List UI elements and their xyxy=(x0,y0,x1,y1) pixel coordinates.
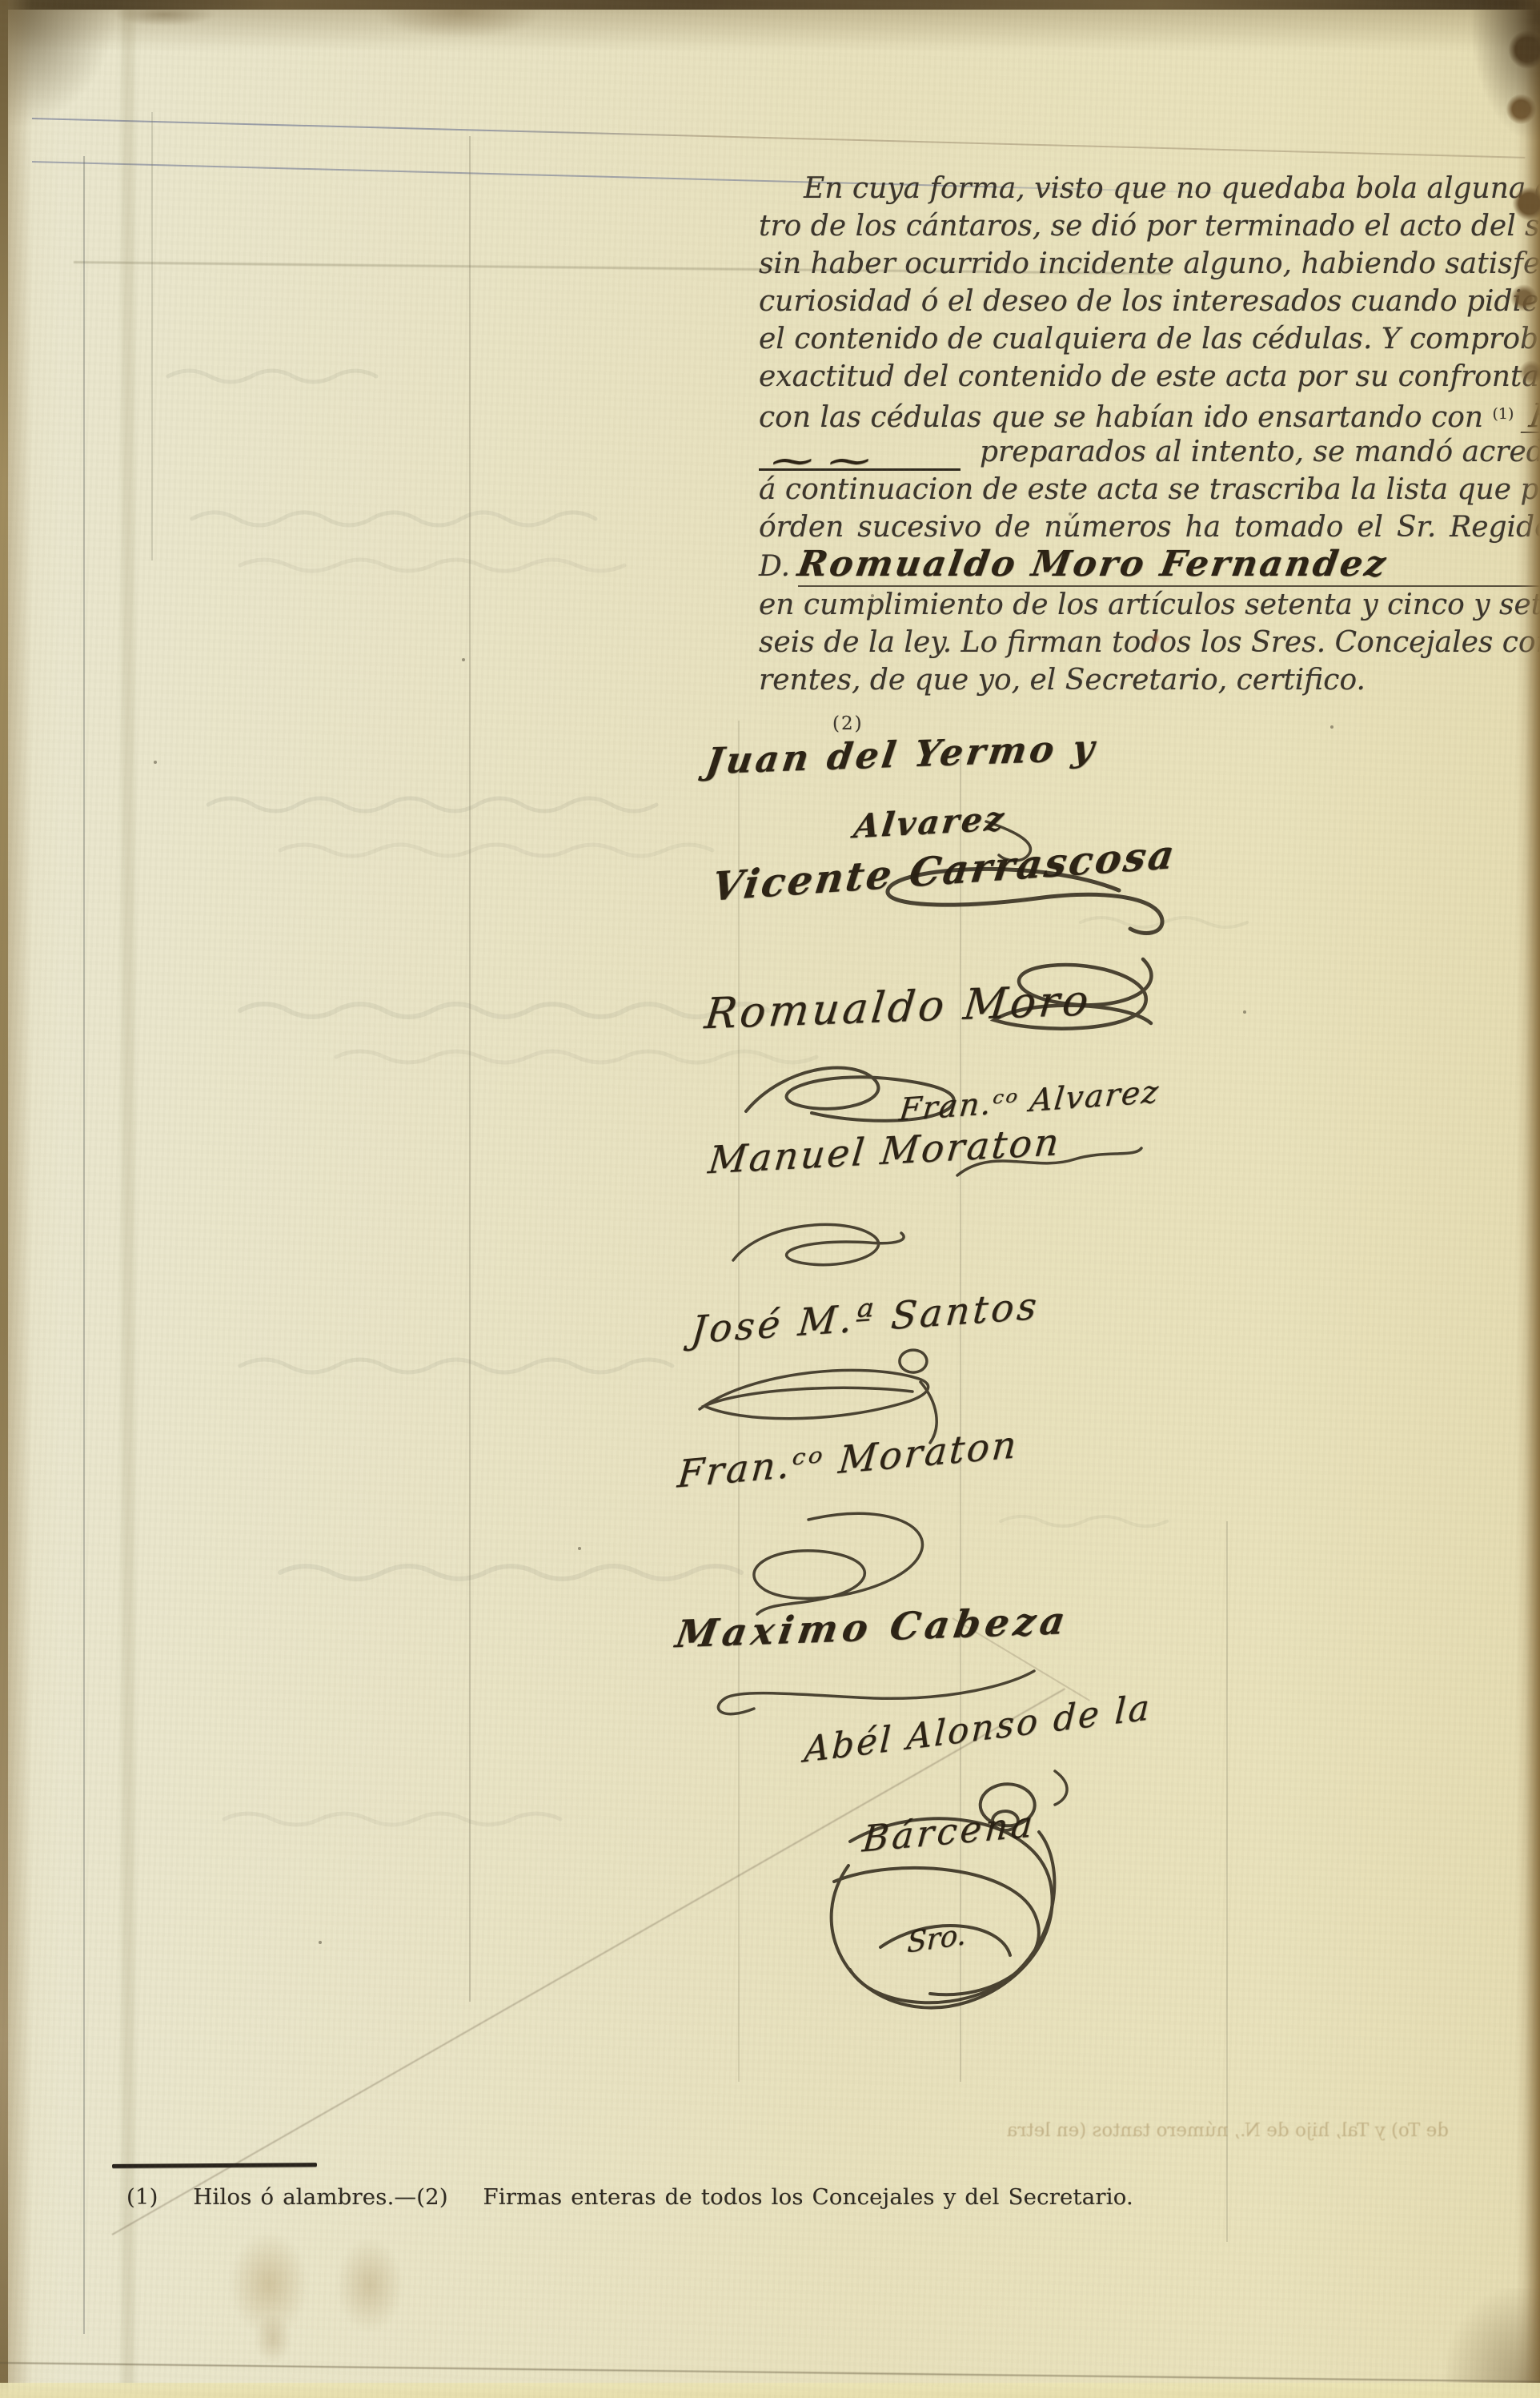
ruled-line-horizontal-1 xyxy=(32,118,1525,159)
paper-speck xyxy=(1069,512,1072,516)
page-bottom-crease xyxy=(0,2362,1540,2383)
acta-line-12: en cumplimiento de los artículos setenta… xyxy=(759,586,1540,624)
crease-vertical-1 xyxy=(469,136,471,2002)
acta-paragraph: En cuya forma, visto que no quedaba bola… xyxy=(759,170,1540,729)
scanned-ledger-page: En cuya forma, visto que no quedaba bola… xyxy=(0,0,1540,2398)
paper-speck xyxy=(319,1941,322,1944)
pencil-line-vertical xyxy=(151,112,153,560)
stain-bottom-left-3 xyxy=(255,2314,291,2364)
acta-line-13: seis de la ley. Lo firman todos los Sres… xyxy=(759,624,1540,661)
acta-line-4: curiosidad ó el deseo de los interesados… xyxy=(759,283,1540,320)
signature-manuel-moraton: Manuel Moraton xyxy=(706,1120,1063,1183)
acta-line-1: En cuya forma, visto que no quedaba bola… xyxy=(759,170,1540,207)
signature-juan-del-yermo-line2: Alvarez xyxy=(852,799,1008,846)
signature-francisco-moraton: Fran.ᶜᵒ Moraton xyxy=(676,1423,1021,1497)
acta-line-6: exactitud del contenido de este acta por… xyxy=(759,358,1540,396)
acta-line-2: tro de los cántaros, se dió por terminad… xyxy=(759,207,1540,245)
acta-line-14: rentes, de que yo, el Secretario, certif… xyxy=(759,661,1540,699)
page-bottom-edge xyxy=(0,2383,1540,2398)
page-corner-top-right xyxy=(1471,0,1540,140)
signature-vicente-carrascosa: Vicente Carrascosa xyxy=(709,830,1180,910)
paper-speck xyxy=(578,1547,581,1550)
crease-diagonal-1 xyxy=(112,1688,1066,2235)
paper-speck xyxy=(1243,1010,1246,1014)
signature-abel-alonso-line2: Bárcena xyxy=(860,1802,1037,1861)
handwritten-squiggle: ∼∼ xyxy=(764,442,886,480)
signature-abel-alonso-rubric-label: Sro. xyxy=(907,1918,967,1960)
mirrored-bleedthrough-text: de To) y Tal, hijo de N., número tantos … xyxy=(920,2120,1449,2141)
paper-speck xyxy=(462,658,465,661)
acta-line-11: D. Romualdo Moro Fernandez xyxy=(759,546,1540,586)
footnote-separator-line xyxy=(112,2163,317,2168)
stain-bottom-left-2 xyxy=(336,2238,403,2332)
footnote-text: (1) Hilos ó alambres.—(2) Firmas enteras… xyxy=(126,2184,1263,2210)
signature-francisco-alvarez: Fran.ᶜᵒ Alvarez xyxy=(897,1074,1161,1128)
paper-speck xyxy=(871,594,874,597)
footnote-ref-2: (2) xyxy=(832,705,1540,729)
regidor-name-blank: Romualdo Moro Fernandez xyxy=(798,546,1540,587)
acta-line-10: órden sucesivo de números ha tomado el S… xyxy=(759,508,1540,546)
signature-jose-maria-santos: José M.ª Santos xyxy=(689,1284,1041,1353)
acta-line-5: el contenido de cualquiera de las cédula… xyxy=(759,320,1540,358)
fold-band-left xyxy=(122,0,134,2398)
signature-maximo-cabeza: Maximo Cabeza xyxy=(672,1599,1073,1657)
signature-juan-del-yermo-line1: Juan del Yermo y xyxy=(704,726,1101,782)
page-left-edge-shadow xyxy=(8,0,32,2398)
acta-line-8-text: preparados al intento, se mandó acredita… xyxy=(960,433,1540,471)
acta-line-8: ∼∼ preparados al intento, se mandó acred… xyxy=(759,433,1540,471)
acta-line-7: con las cédulas que se habían ido ensart… xyxy=(759,396,1540,433)
handwritten-regidor-name: Romualdo Moro Fernandez xyxy=(795,546,1390,583)
filled-blank-line: ∼∼ xyxy=(759,436,960,471)
acta-line-11-prefix: D. xyxy=(759,548,790,585)
crease-vertical-3 xyxy=(960,753,961,2082)
page-top-edge-shadow xyxy=(0,10,1540,51)
ruled-line-vertical-left xyxy=(83,156,85,2334)
page-left-edge xyxy=(0,0,8,2398)
acta-line-3: sin haber ocurrido incidente alguno, hab… xyxy=(759,245,1540,283)
ink-spot-red xyxy=(1151,633,1161,645)
paper-speck xyxy=(1330,725,1333,729)
signature-romualdo-moro: Romualdo Moro xyxy=(703,976,1094,1038)
page-top-edge xyxy=(0,0,1540,10)
crease-vertical-2 xyxy=(738,721,740,2082)
paper-speck xyxy=(154,761,157,764)
signature-abel-alonso-line1: Abél Alonso de la xyxy=(803,1687,1153,1771)
acta-line-7-text: con las cédulas que se habían ido ensart… xyxy=(759,401,1483,434)
